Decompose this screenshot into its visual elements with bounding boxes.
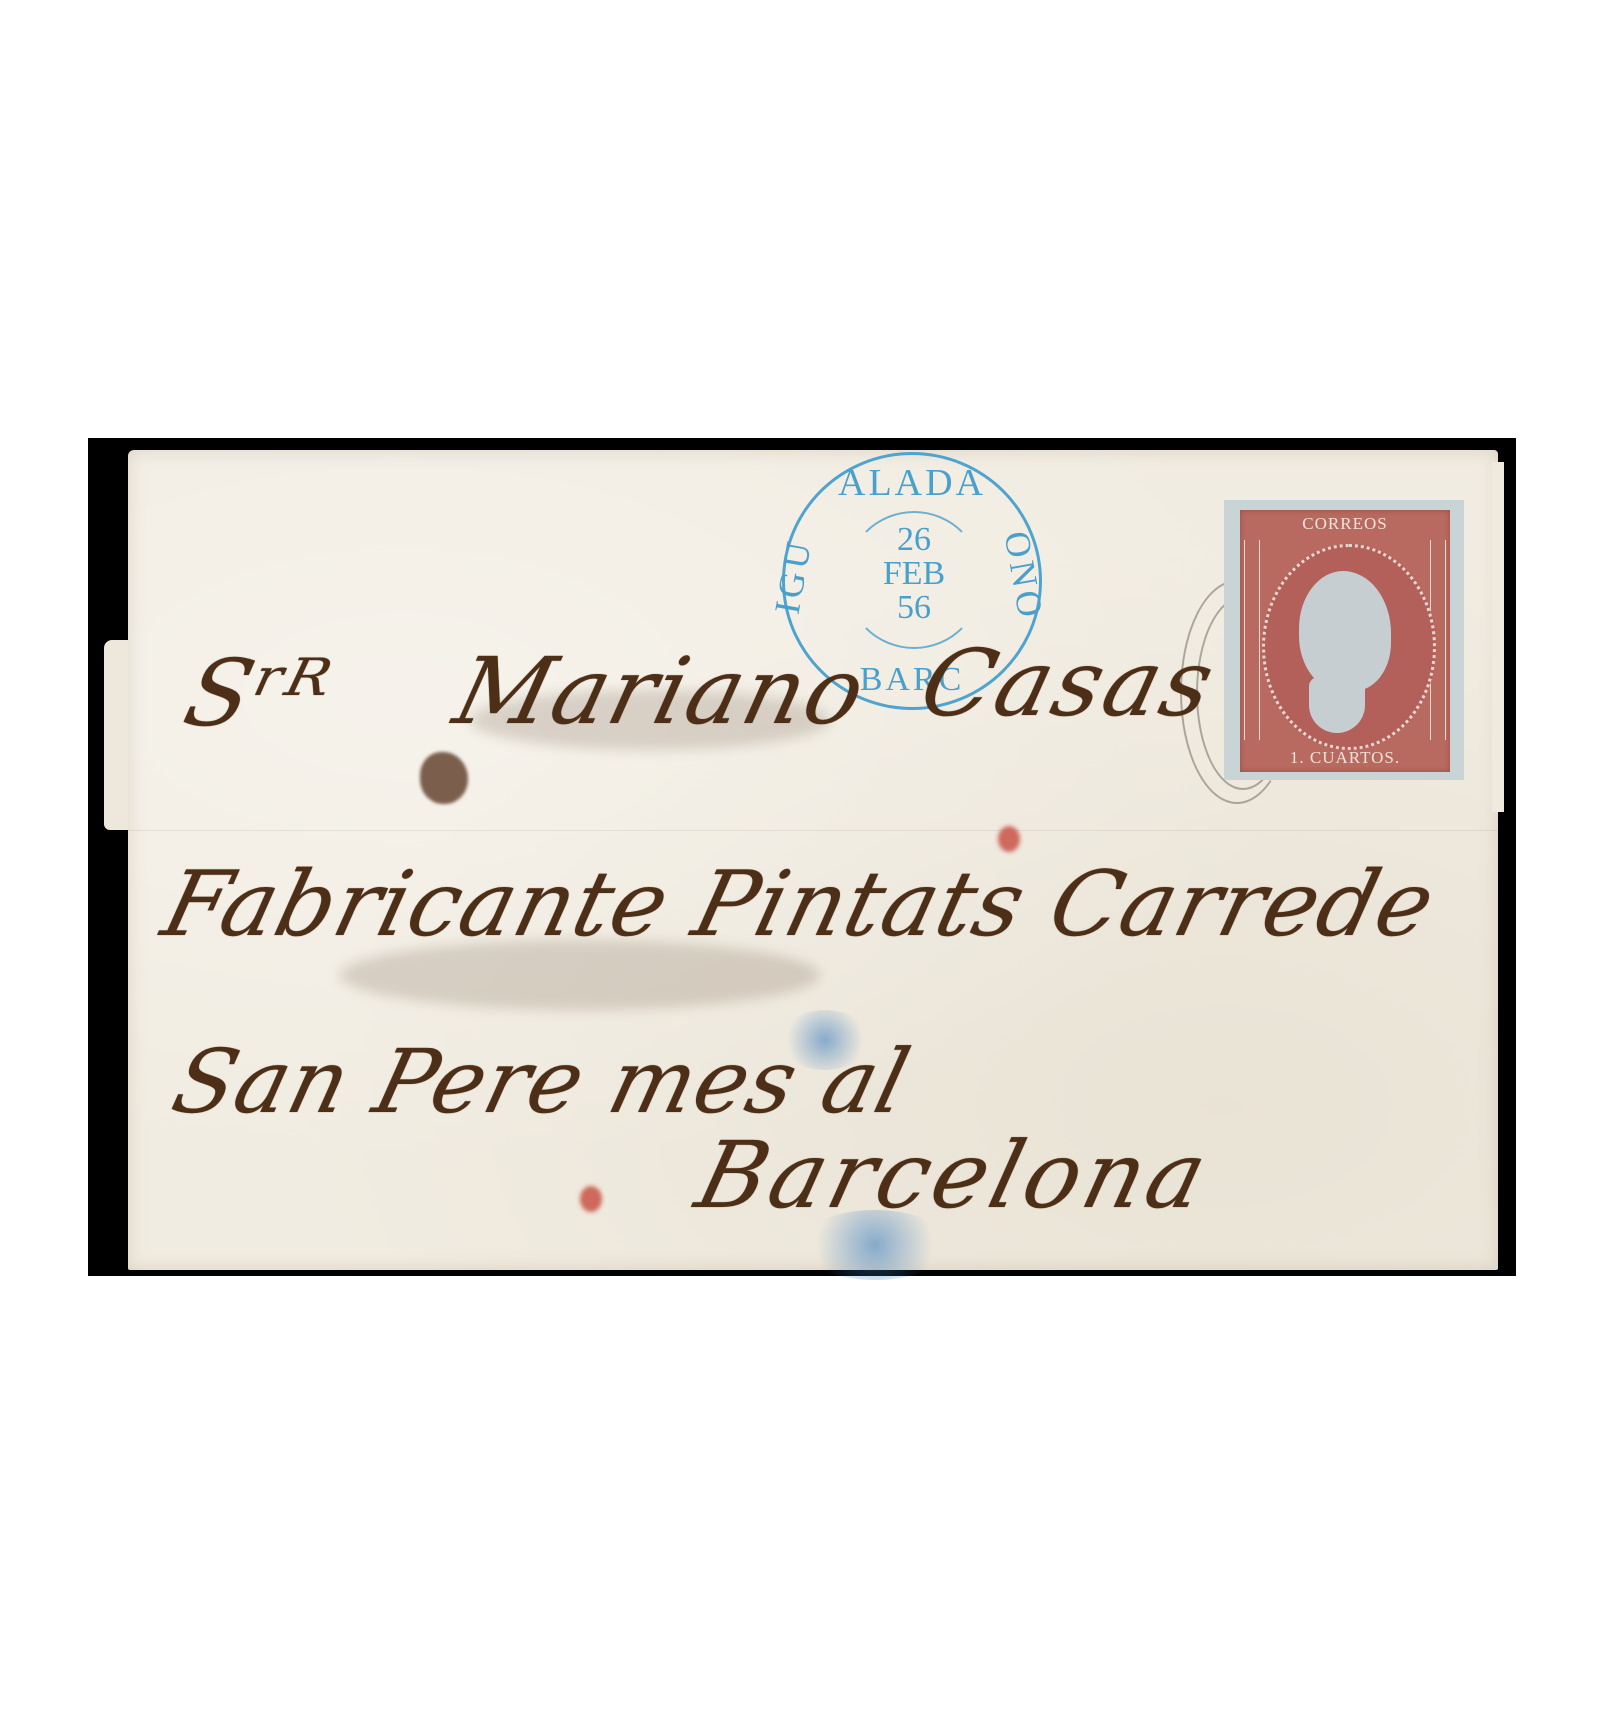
fold-line	[128, 830, 1498, 831]
datestamp-day: 26	[869, 523, 959, 557]
datestamp-year: 56	[869, 591, 959, 625]
stamp-value-label: 1. CUARTOS.	[1240, 748, 1450, 768]
address-first-name: Mariano	[445, 638, 878, 745]
stamp-medallion	[1262, 544, 1436, 750]
address-salutation: Sʳᴿ	[175, 640, 340, 747]
address-last-name: Casas	[911, 630, 1227, 737]
stamp-left-border	[1244, 540, 1260, 740]
postage-stamp: CORREOS 1. CUARTOS.	[1224, 500, 1464, 780]
address-line-3: San Pere mes al	[163, 1030, 920, 1133]
portrait-neck	[1309, 677, 1365, 733]
queen-portrait-icon	[1299, 571, 1391, 691]
red-wax-spot	[580, 1186, 602, 1212]
stamp-top-label: CORREOS	[1240, 514, 1450, 534]
address-line-2: Fabricante Pintats Carrede	[153, 852, 1445, 957]
datestamp-town: ALADA	[785, 461, 1039, 505]
cover-right-edge	[1492, 462, 1504, 812]
datestamp-date: 26 FEB 56	[869, 523, 959, 625]
datestamp-month: FEB	[869, 557, 959, 591]
address-city: Barcelona	[687, 1122, 1221, 1229]
stamp-design: CORREOS 1. CUARTOS.	[1240, 510, 1450, 772]
red-wax-spot	[998, 826, 1020, 852]
ink-blot	[420, 752, 468, 804]
